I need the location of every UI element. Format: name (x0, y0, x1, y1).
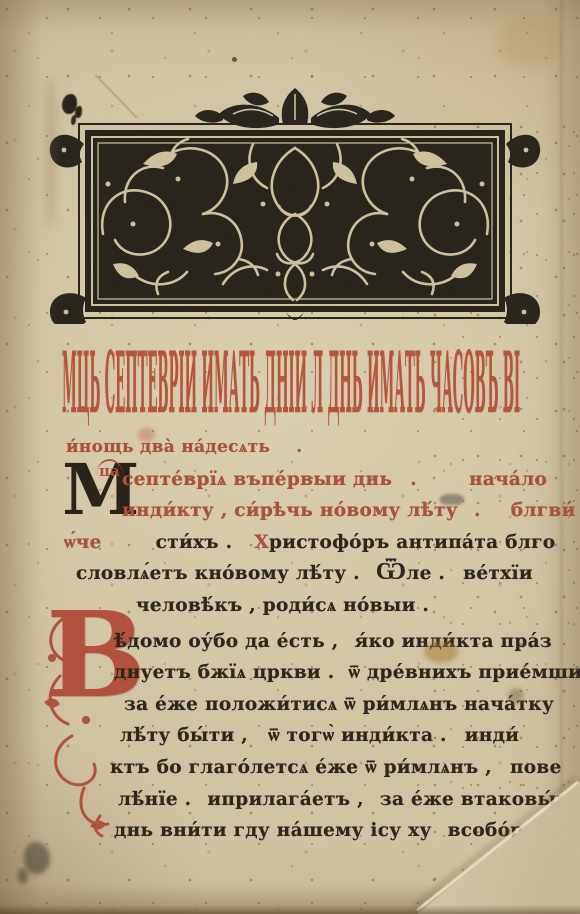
text-segment: словлѧ́етъ кно́вому лѣ́ту . (76, 558, 360, 590)
text-segment: ве́тхїи (463, 558, 533, 590)
text-segment: ѿ дре́внихъ прие́мши, (348, 657, 580, 689)
text-segment: ктъ бо глаго́летсѧ е́же ѿ ри́млѧнъ , (110, 752, 492, 784)
text-segment: днь вни́ти гду на́шему ісу ху (114, 815, 432, 847)
text-segment: инди́ (465, 720, 520, 752)
title-vyaz: МЦЬ СЕПТЕВРІИ ИМАТЬ ДНІИ Л ДНЬ ИМАТЬ ЧАС… (62, 338, 520, 430)
text-line: днь вни́ти гду на́шему ісу хувсобо́рище (64, 815, 526, 847)
text-line: и́нощь два̀ на́десѧть. (64, 432, 526, 464)
text-segment: человѣ́къ , роди́сѧ но́выи . (136, 590, 429, 622)
text-segment: ѿ тогѡ̀ инди́кта . (268, 720, 447, 752)
text-segment: пове (510, 752, 562, 784)
text-segment: я́ко инди́кта пра́з (355, 626, 552, 658)
text-line: септе́врїѧ въпе́рвыи днь.нача́ло (64, 464, 526, 496)
text-line: днуетъ бжїѧ цркви .ѿ дре́внихъ прие́мши, (64, 657, 526, 689)
text-segment: днуетъ бжїѧ цркви . (114, 657, 334, 689)
body-text: и́нощь два̀ на́десѧть.септе́врїѧ въпе́рв… (64, 432, 526, 847)
ink-speck (232, 57, 237, 62)
text-segment: инди́кту , си́рѣчь но́вому лѣ́ту (122, 495, 458, 527)
text-segment: сти́хъ . (156, 527, 233, 559)
woodcut-headpiece (38, 84, 543, 324)
text-segment: ѡ́че (64, 527, 102, 559)
text-line: инди́кту , си́рѣчь но́вому лѣ́ту.блгви́ (64, 495, 526, 527)
text-segment: ле . (406, 558, 445, 590)
text-line: словлѧ́етъ кно́вому лѣ́ту .Ѿле .ве́тхїи (64, 558, 526, 590)
text-line: ктъ бо глаго́летсѧ е́же ѿ ри́млѧнъ ,пове (64, 752, 526, 784)
text-segment: Ѿ (376, 559, 406, 583)
text-segment: Х (254, 527, 269, 559)
text-segment: . (296, 432, 302, 464)
text-line: за е́же положи́тисѧ ѿ ри́млѧнъ нача́тку (64, 689, 526, 721)
text-segment: иприлага́етъ , (207, 784, 363, 816)
text-segment: и́нощь два̀ на́десѧть (66, 432, 270, 464)
crease-line (560, 0, 563, 914)
text-segment: за е́же положи́тисѧ ѿ ри́млѧнъ нача́тку (124, 689, 554, 721)
text-segment: блгви́ (511, 495, 576, 527)
text-segment: лѣ́ту бы́ти , (120, 720, 248, 752)
text-segment: . (474, 495, 481, 527)
text-line: ѡ́чести́хъ .Христофо́ръ антипа́та блго (64, 527, 526, 559)
text-line: человѣ́къ , роди́сѧ но́выи . (64, 590, 526, 622)
smudge (24, 842, 50, 874)
text-segment: нача́ло (469, 464, 547, 496)
text-line: лѣ́нїе .иприлага́етъ ,за е́же втаковы́и (64, 784, 526, 816)
title-vyaz-text: МЦЬ СЕПТЕВРІИ ИМАТЬ ДНІИ Л ДНЬ ИМАТЬ ЧАС… (62, 338, 520, 428)
text-segment: лѣ́нїе . (118, 784, 191, 816)
text-line: ѣ́домо оу́бо да е́сть ,я́ко инди́кта пра… (64, 626, 526, 658)
text-segment: ѣ́домо оу́бо да е́сть , (114, 626, 339, 658)
text-line: лѣ́ту бы́ти ,ѿ тогѡ̀ инди́кта .инди́ (64, 720, 526, 752)
book-page-scan: МЦЬ СЕПТЕВРІИ ИМАТЬ ДНІИ Л ДНЬ ИМАТЬ ЧАС… (0, 0, 580, 914)
page-edge-shadow (0, 905, 580, 914)
text-segment: . (410, 464, 417, 496)
text-segment: ристофо́ръ антипа́та блго (269, 527, 555, 559)
text-segment: септе́врїѧ въпе́рвыи днь (122, 464, 392, 496)
stain (498, 16, 562, 68)
